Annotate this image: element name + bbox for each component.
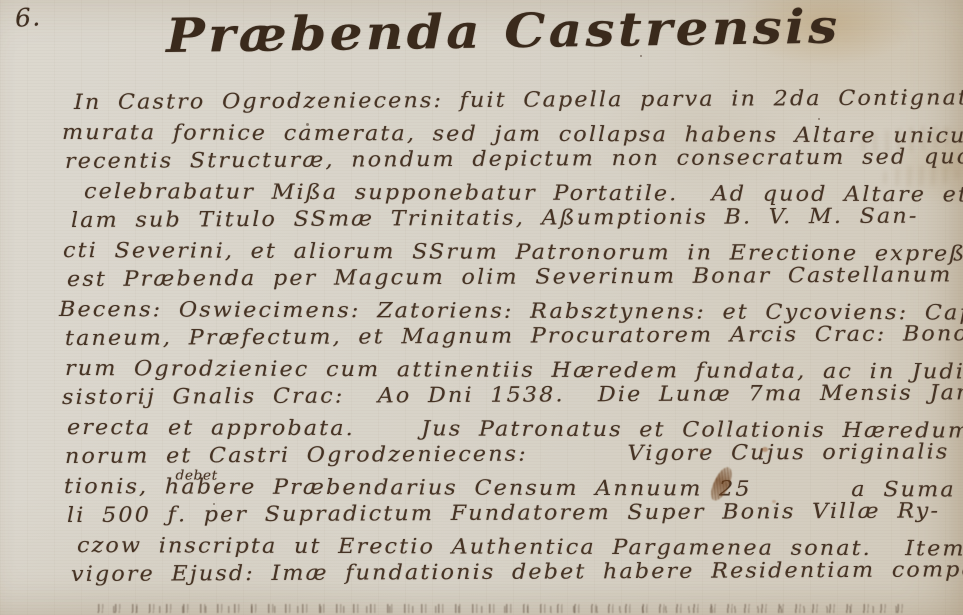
manuscript-line-15: li 500 ƒ. per Supradictum Fundatorem Sup… <box>67 496 963 530</box>
line14-prefix: tionis, <box>64 474 165 498</box>
manuscript-line-5: lam sub Titulo SSmæ Trinitatis, Aßumptio… <box>71 201 963 235</box>
manuscript-page: 6. Præbenda Castrensis In Castro Ogrodze… <box>0 0 963 615</box>
manuscript-line-1: In Castro Ogrodzeniecens: fuit Capella p… <box>74 83 963 117</box>
document-title: Præbenda Castrensis <box>166 0 841 64</box>
manuscript-line-17: vigore Ejusd: Imæ fundationis debet habe… <box>71 555 963 589</box>
page-number: 6. <box>14 2 42 33</box>
manuscript-line-11: sistorij Gnalis Crac: Ao Dni 1538. Die L… <box>62 378 963 412</box>
line14-corrected-word: debethabere <box>165 474 257 498</box>
manuscript-line-9: taneum, Præfectum, et Magnum Procuratore… <box>65 319 963 353</box>
cutoff-line-fragment <box>92 604 907 613</box>
manuscript-body: In Castro Ogrodzeniecens: fuit Capella p… <box>58 88 958 590</box>
manuscript-line-3: recentis Structuræ, nondum depictum non … <box>65 142 963 176</box>
manuscript-line-7: est Præbenda per Magcum olim Severinum B… <box>67 260 963 294</box>
interlinear-insertion-debet: debet <box>175 461 217 491</box>
